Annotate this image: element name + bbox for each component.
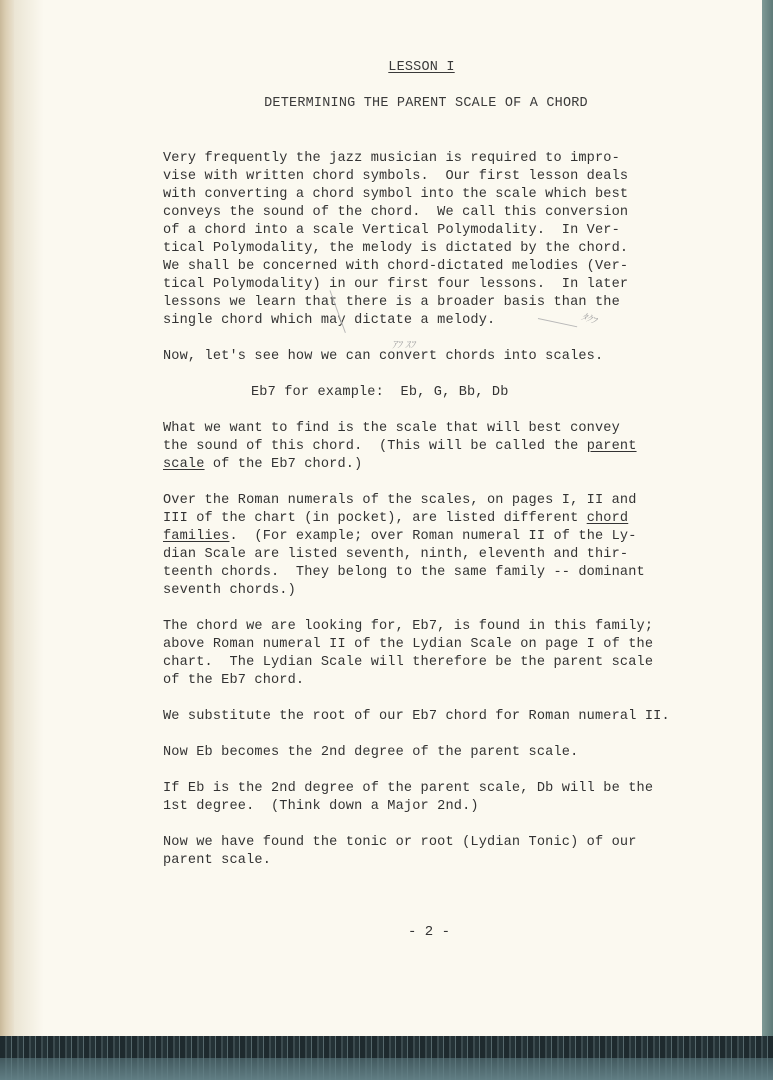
text-line: chart. The Lydian Scale will therefore b…	[163, 655, 653, 670]
document-page: LESSON I DETERMINING THE PARENT SCALE OF…	[0, 0, 764, 1038]
paragraph-convert: Now, let's see how we can convert chords…	[163, 348, 763, 366]
lesson-title: LESSON I	[0, 60, 773, 75]
text-line: single chord which may dictate a melody.	[163, 313, 495, 328]
text-line: lessons we learn that there is a broader…	[163, 295, 620, 310]
text-line: tical Polymodality) in our first four le…	[163, 277, 628, 292]
page-number: - 2 -	[0, 924, 773, 940]
text-line: Now we have found the tonic or root (Lyd…	[163, 835, 637, 850]
text-line: teenth chords. They belong to the same f…	[163, 565, 645, 580]
paragraph-parent-scale: What we want to find is the scale that w…	[163, 420, 763, 474]
page-binding-edge	[0, 0, 14, 1036]
text-line: of the Eb7 chord.)	[205, 457, 363, 472]
text-line: parent scale.	[163, 853, 271, 868]
paragraph-first-degree: If Eb is the 2nd degree of the parent sc…	[163, 780, 763, 816]
scan-edge	[762, 0, 773, 1040]
handwritten-annotation: ｱﾌ ｽﾌ	[392, 336, 415, 351]
text-line: Very frequently the jazz musician is req…	[163, 151, 620, 166]
underlined-term: chord	[587, 511, 629, 526]
text-line: tical Polymodality, the melody is dictat…	[163, 241, 628, 256]
text-line: Now Eb becomes the 2nd degree of the par…	[163, 745, 578, 760]
text-line: with converting a chord symbol into the …	[163, 187, 628, 202]
chord-example: Eb7 for example: Eb, G, Bb, Db	[163, 384, 763, 402]
text-line: Now, let's see how we can convert chords…	[163, 349, 603, 364]
text-line: vise with written chord symbols. Our fir…	[163, 169, 628, 184]
scan-bottom-band	[0, 1036, 773, 1080]
underlined-term: families	[163, 529, 229, 544]
text-line: We shall be concerned with chord-dictate…	[163, 259, 628, 274]
paragraph-intro: Very frequently the jazz musician is req…	[163, 150, 763, 330]
binding-shadow	[14, 0, 44, 1036]
underlined-term: parent	[587, 439, 637, 454]
text-line: dian Scale are listed seventh, ninth, el…	[163, 547, 628, 562]
text-line: the sound of this chord. (This will be c…	[163, 439, 587, 454]
paragraph-lydian: The chord we are looking for, Eb7, is fo…	[163, 618, 763, 690]
text-line: If Eb is the 2nd degree of the parent sc…	[163, 781, 653, 796]
text-line: Eb7 for example: Eb, G, Bb, Db	[251, 385, 509, 400]
text-line: III of the chart (in pocket), are listed…	[163, 511, 587, 526]
text-line: The chord we are looking for, Eb7, is fo…	[163, 619, 653, 634]
text-line: conveys the sound of the chord. We call …	[163, 205, 628, 220]
text-line: Over the Roman numerals of the scales, o…	[163, 493, 637, 508]
lesson-body: Very frequently the jazz musician is req…	[163, 150, 763, 888]
text-line: . (For example; over Roman numeral II of…	[229, 529, 636, 544]
text-line: What we want to find is the scale that w…	[163, 421, 620, 436]
text-line: 1st degree. (Think down a Major 2nd.)	[163, 799, 479, 814]
paragraph-second-degree: Now Eb becomes the 2nd degree of the par…	[163, 744, 763, 762]
text-line: We substitute the root of our Eb7 chord …	[163, 709, 670, 724]
paragraph-tonic: Now we have found the tonic or root (Lyd…	[163, 834, 763, 870]
text-line: seventh chords.)	[163, 583, 296, 598]
paragraph-substitute: We substitute the root of our Eb7 chord …	[163, 708, 763, 726]
text-line: of the Eb7 chord.	[163, 673, 304, 688]
paragraph-chord-families: Over the Roman numerals of the scales, o…	[163, 492, 763, 600]
text-line: of a chord into a scale Vertical Polymod…	[163, 223, 620, 238]
underlined-term: scale	[163, 457, 205, 472]
text-line: above Roman numeral II of the Lydian Sca…	[163, 637, 653, 652]
lesson-subtitle: DETERMINING THE PARENT SCALE OF A CHORD	[0, 96, 773, 111]
